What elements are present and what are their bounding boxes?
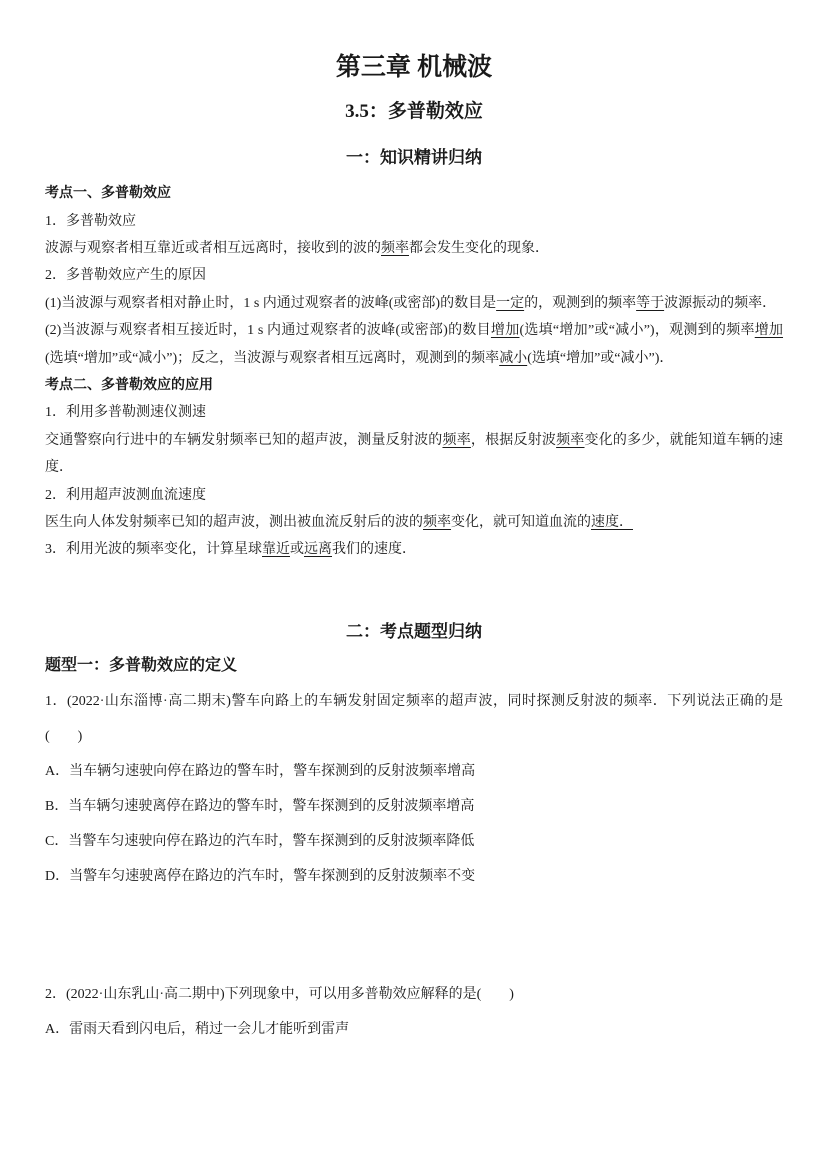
text-segment: 我们的速度． — [332, 542, 416, 557]
text-segment: (2)当波源与观察者相互接近时，1 s 内通过观察者的波峰(或密部)的数目 — [45, 323, 491, 338]
text-segment: (选填“增加”或“减小”)． — [527, 351, 673, 366]
text-segment: 2．多普勒效应产生的原因 — [45, 268, 206, 283]
text-segment: 或 — [290, 542, 304, 557]
question-type-heading: 题型一：多普勒效应的定义 — [45, 653, 783, 679]
text-segment: 医生向人体发射频率已知的超声波，测出被血流反射后的波的 — [45, 515, 423, 530]
underlined-term: 等于 — [636, 296, 664, 311]
question-stem: 2．(2022·山东乳山·高二期中)下列现象中，可以用多普勒效应解释的是( ) — [45, 977, 783, 1012]
text-segment: 2．利用超声波测血流速度 — [45, 488, 206, 503]
knowledge-line: 2．多普勒效应产生的原因 — [45, 262, 783, 289]
question: 2．(2022·山东乳山·高二期中)下列现象中，可以用多普勒效应解释的是( )A… — [45, 977, 783, 1047]
question-option: A．雷雨天看到闪电后，稍过一会儿才能听到雷声 — [45, 1012, 783, 1047]
text-segment: 考点二、多普勒效应的应用 — [45, 378, 213, 393]
underlined-term: 增加 — [755, 323, 783, 338]
knowledge-section: 考点一、多普勒效应1．多普勒效应波源与观察者相互靠近或者相互远离时，接收到的波的… — [45, 180, 783, 564]
question-option: B．当车辆匀速驶离停在路边的警车时，警车探测到的反射波频率增高 — [45, 789, 783, 824]
underlined-term: 频率 — [556, 433, 584, 448]
section-title: 3.5：多普勒效应 — [45, 100, 783, 124]
underlined-term: 频率 — [381, 241, 409, 256]
knowledge-line: 波源与观察者相互靠近或者相互远离时，接收到的波的频率都会发生变化的现象． — [45, 235, 783, 262]
underlined-term: 靠近 — [262, 542, 290, 557]
text-segment: 交通警察向行进中的车辆发射频率已知的超声波，测量反射波的 — [45, 433, 443, 448]
knowledge-line: 医生向人体发射频率已知的超声波，测出被血流反射后的波的频率变化，就可知道血流的速… — [45, 509, 783, 536]
knowledge-line: 1．利用多普勒测速仪测速 — [45, 399, 783, 426]
knowledge-subheading: 考点二、多普勒效应的应用 — [45, 372, 783, 399]
text-segment: (选填“增加”或“减小”)，观测到的频率 — [519, 323, 754, 338]
text-segment: 3．利用光波的频率变化，计算星球 — [45, 542, 262, 557]
text-segment: (1)当波源与观察者相对静止时，1 s 内通过观察者的波峰(或密部)的数目是 — [45, 296, 496, 311]
knowledge-line: 3．利用光波的频率变化，计算星球靠近或远离我们的速度． — [45, 536, 783, 563]
question-option: A．当车辆匀速驶向停在路边的警车时，警车探测到的反射波频率增高 — [45, 754, 783, 789]
knowledge-line: 1．多普勒效应 — [45, 208, 783, 235]
underlined-term: 速度． — [591, 515, 633, 530]
knowledge-line: 交通警察向行进中的车辆发射频率已知的超声波，测量反射波的频率，根据反射波频率变化… — [45, 427, 783, 482]
knowledge-heading: 一：知识精讲归纳 — [45, 147, 783, 169]
text-segment: (选填“增加”或“减小”)；反之，当波源与观察者相互远离时，观测到的频率 — [45, 351, 499, 366]
knowledge-line: (1)当波源与观察者相对静止时，1 s 内通过观察者的波峰(或密部)的数目是一定… — [45, 290, 783, 317]
chapter-title: 第三章 机械波 — [45, 52, 783, 83]
text-segment: 波源振动的频率． — [664, 296, 776, 311]
text-segment: ，根据反射波 — [471, 433, 556, 448]
text-segment: 1．利用多普勒测速仪测速 — [45, 405, 206, 420]
text-segment: 考点一、多普勒效应 — [45, 186, 171, 201]
knowledge-line: (2)当波源与观察者相互接近时，1 s 内通过观察者的波峰(或密部)的数目增加(… — [45, 317, 783, 372]
underlined-term: 一定 — [496, 296, 524, 311]
underlined-term: 频率 — [443, 433, 471, 448]
text-segment: 的，观测到的频率 — [524, 296, 636, 311]
underlined-term: 远离 — [304, 542, 332, 557]
question-option: D．当警车匀速驶离停在路边的汽车时，警车探测到的反射波频率不变 — [45, 859, 783, 894]
text-segment: 都会发生变化的现象． — [409, 241, 549, 256]
document-page: 第三章 机械波 3.5：多普勒效应 一：知识精讲归纳 考点一、多普勒效应1．多普… — [0, 0, 827, 1169]
underlined-term: 频率 — [423, 515, 451, 530]
text-segment: 波源与观察者相互靠近或者相互远离时，接收到的波的 — [45, 241, 381, 256]
underlined-term: 减小 — [499, 351, 527, 366]
knowledge-subheading: 考点一、多普勒效应 — [45, 180, 783, 207]
underlined-term: 增加 — [491, 323, 520, 338]
question-stem: 1．(2022·山东淄博·高二期末)警车向路上的车辆发射固定频率的超声波，同时探… — [45, 684, 783, 754]
question-option: C．当警车匀速驶向停在路边的汽车时，警车探测到的反射波频率降低 — [45, 824, 783, 859]
question: 1．(2022·山东淄博·高二期末)警车向路上的车辆发射固定频率的超声波，同时探… — [45, 684, 783, 894]
knowledge-line: 2．利用超声波测血流速度 — [45, 482, 783, 509]
text-segment: 1．多普勒效应 — [45, 214, 136, 229]
questions-section: 1．(2022·山东淄博·高二期末)警车向路上的车辆发射固定频率的超声波，同时探… — [45, 684, 783, 1047]
exercises-heading: 二：考点题型归纳 — [45, 621, 783, 643]
text-segment: 变化，就可知道血流的 — [451, 515, 591, 530]
